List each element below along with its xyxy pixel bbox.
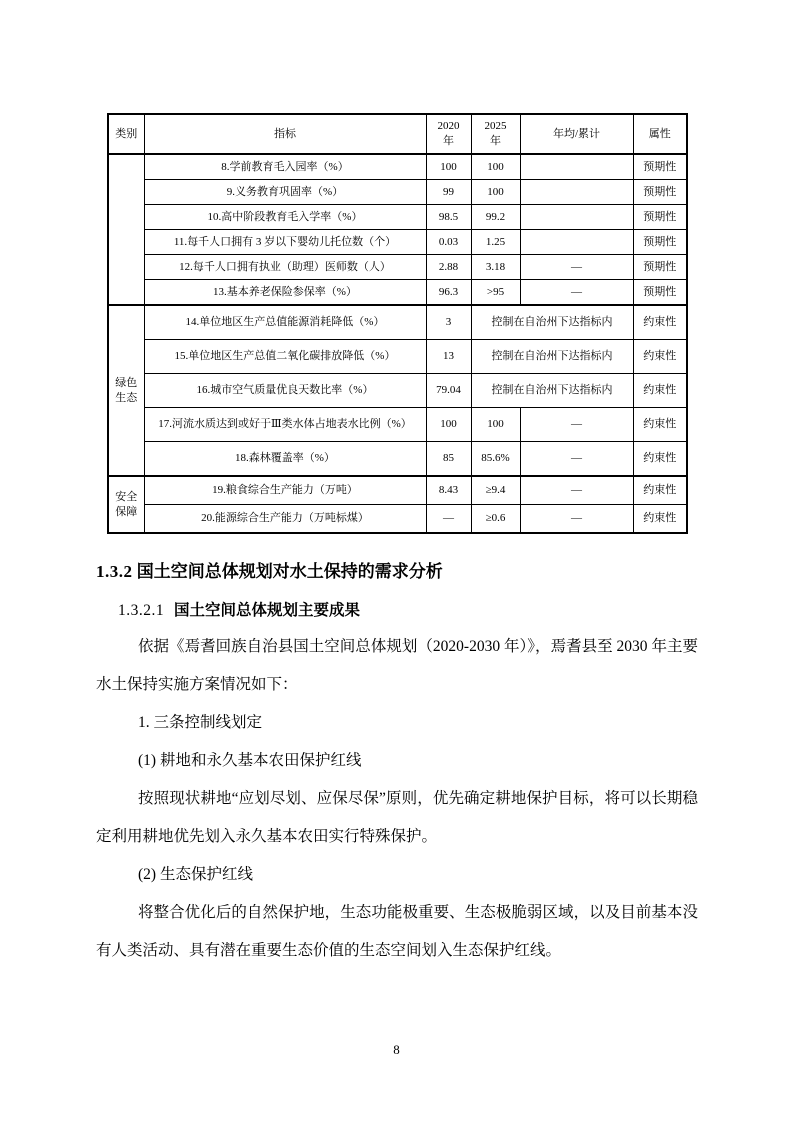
value-2020-cell: 0.03 (426, 230, 471, 255)
table-row: 20.能源综合生产能力（万吨标煤）—≥0.6—约束性 (108, 505, 687, 534)
value-2025-cell: 100 (471, 408, 520, 442)
paragraph: (1) 耕地和永久基本农田保护红线 (96, 742, 698, 780)
table-header-row: 类别 指标 2020 年 2025 年 年均/累计 属性 (108, 114, 687, 154)
col-header-category: 类别 (108, 114, 144, 154)
table-row: 11.每千人口拥有 3 岁以下婴幼儿托位数（个）0.031.25预期性 (108, 230, 687, 255)
table-row: 18.森林覆盖率（%）8585.6%—约束性 (108, 442, 687, 477)
category-cell: 绿色 生态 (108, 305, 144, 476)
avg-cumulative-cell: — (520, 476, 633, 505)
col-header-2025: 2025 年 (471, 114, 520, 154)
value-2025-cell: ≥9.4 (471, 476, 520, 505)
avg-cumulative-cell: — (520, 408, 633, 442)
table-row: 绿色 生态14.单位地区生产总值能源消耗降低（%）3控制在自治州下达指标内约束性 (108, 305, 687, 340)
value-2020-cell: 3 (426, 305, 471, 340)
col-header-indicator: 指标 (144, 114, 426, 154)
indicator-cell: 15.单位地区生产总值二氧化碳排放降低（%） (144, 340, 426, 374)
paragraph: 按照现状耕地“应划尽划、应保尽保”原则，优先确定耕地保护目标，将可以长期稳定利用… (96, 780, 698, 856)
section-heading: 1.3.2 国土空间总体规划对水土保持的需求分析 (96, 559, 698, 585)
indicator-cell: 10.高中阶段教育毛入学率（%） (144, 205, 426, 230)
subsection-heading-text: 国土空间总体规划主要成果 (174, 602, 360, 619)
section-heading-text: 国土空间总体规划对水土保持的需求分析 (137, 562, 443, 581)
value-2025-cell: >95 (471, 280, 520, 306)
attribute-cell: 约束性 (633, 305, 687, 340)
indicator-cell: 13.基本养老保险参保率（%） (144, 280, 426, 306)
indicator-cell: 8.学前教育毛入园率（%） (144, 154, 426, 180)
avg-cumulative-cell: — (520, 442, 633, 477)
category-cell (108, 154, 144, 305)
attribute-cell: 约束性 (633, 442, 687, 477)
table-row: 8.学前教育毛入园率（%）100100预期性 (108, 154, 687, 180)
indicator-cell: 11.每千人口拥有 3 岁以下婴幼儿托位数（个） (144, 230, 426, 255)
document-page: 类别 指标 2020 年 2025 年 年均/累计 属性 8.学前教育毛入园率（… (0, 0, 793, 1122)
table-row: 9.义务教育巩固率（%）99100预期性 (108, 180, 687, 205)
attribute-cell: 约束性 (633, 340, 687, 374)
indicators-table-body: 8.学前教育毛入园率（%）100100预期性9.义务教育巩固率（%）99100预… (108, 154, 687, 533)
indicator-cell: 18.森林覆盖率（%） (144, 442, 426, 477)
col-header-avg: 年均/累计 (520, 114, 633, 154)
col-header-2020: 2020 年 (426, 114, 471, 154)
indicator-cell: 9.义务教育巩固率（%） (144, 180, 426, 205)
indicator-cell: 20.能源综合生产能力（万吨标煤） (144, 505, 426, 534)
value-2025-cell: 85.6% (471, 442, 520, 477)
value-2020-cell: 8.43 (426, 476, 471, 505)
avg-cumulative-cell: — (520, 255, 633, 280)
attribute-cell: 预期性 (633, 280, 687, 306)
indicator-cell: 17.河流水质达到或好于Ⅲ类水体占地表水比例（%） (144, 408, 426, 442)
category-cell: 安全 保障 (108, 476, 144, 533)
attribute-cell: 预期性 (633, 205, 687, 230)
attribute-cell: 约束性 (633, 408, 687, 442)
table-row: 15.单位地区生产总值二氧化碳排放降低（%）13控制在自治州下达指标内约束性 (108, 340, 687, 374)
value-2020-cell: 79.04 (426, 374, 471, 408)
value-2020-cell: 96.3 (426, 280, 471, 306)
value-2025-cell: 100 (471, 180, 520, 205)
value-2020-cell: 100 (426, 408, 471, 442)
value-2020-cell: — (426, 505, 471, 534)
attribute-cell: 约束性 (633, 374, 687, 408)
table-row: 17.河流水质达到或好于Ⅲ类水体占地表水比例（%）100100—约束性 (108, 408, 687, 442)
paragraph: 依据《焉耆回族自治县国土空间总体规划（2020-2030 年）》，焉耆县至 20… (96, 628, 698, 704)
paragraph: 将整合优化后的自然保护地，生态功能极重要、生态极脆弱区域，以及目前基本没有人类活… (96, 894, 698, 970)
table-row: 10.高中阶段教育毛入学率（%）98.599.2预期性 (108, 205, 687, 230)
avg-cumulative-cell (520, 154, 633, 180)
value-2020-cell: 99 (426, 180, 471, 205)
merged-2025-avg-cell: 控制在自治州下达指标内 (471, 374, 633, 408)
table-row: 13.基本养老保险参保率（%）96.3>95—预期性 (108, 280, 687, 306)
table-row: 16.城市空气质量优良天数比率（%）79.04控制在自治州下达指标内约束性 (108, 374, 687, 408)
value-2025-cell: 99.2 (471, 205, 520, 230)
avg-cumulative-cell (520, 230, 633, 255)
value-2025-cell: 100 (471, 154, 520, 180)
value-2025-cell: ≥0.6 (471, 505, 520, 534)
merged-2025-avg-cell: 控制在自治州下达指标内 (471, 340, 633, 374)
page-content: 类别 指标 2020 年 2025 年 年均/累计 属性 8.学前教育毛入园率（… (0, 0, 793, 970)
subsection-heading-number: 1.3.2.1 (118, 602, 164, 619)
value-2020-cell: 13 (426, 340, 471, 374)
avg-cumulative-cell (520, 180, 633, 205)
value-2020-cell: 100 (426, 154, 471, 180)
body-text: 依据《焉耆回族自治县国土空间总体规划（2020-2030 年）》，焉耆县至 20… (96, 628, 698, 970)
value-2025-cell: 1.25 (471, 230, 520, 255)
col-header-attr: 属性 (633, 114, 687, 154)
indicator-cell: 12.每千人口拥有执业（助理）医师数（人） (144, 255, 426, 280)
indicator-cell: 16.城市空气质量优良天数比率（%） (144, 374, 426, 408)
attribute-cell: 约束性 (633, 505, 687, 534)
indicators-table: 类别 指标 2020 年 2025 年 年均/累计 属性 8.学前教育毛入园率（… (107, 113, 688, 534)
attribute-cell: 预期性 (633, 230, 687, 255)
avg-cumulative-cell: — (520, 280, 633, 306)
value-2020-cell: 85 (426, 442, 471, 477)
attribute-cell: 预期性 (633, 154, 687, 180)
attribute-cell: 约束性 (633, 476, 687, 505)
paragraph: 1. 三条控制线划定 (96, 704, 698, 742)
merged-2025-avg-cell: 控制在自治州下达指标内 (471, 305, 633, 340)
table-row: 12.每千人口拥有执业（助理）医师数（人）2.883.18—预期性 (108, 255, 687, 280)
indicator-cell: 14.单位地区生产总值能源消耗降低（%） (144, 305, 426, 340)
value-2020-cell: 98.5 (426, 205, 471, 230)
section-heading-number: 1.3.2 (96, 562, 133, 581)
subsection-heading: 1.3.2.1 国土空间总体规划主要成果 (118, 599, 698, 623)
avg-cumulative-cell: — (520, 505, 633, 534)
attribute-cell: 预期性 (633, 255, 687, 280)
value-2020-cell: 2.88 (426, 255, 471, 280)
page-number: 8 (0, 1042, 793, 1058)
attribute-cell: 预期性 (633, 180, 687, 205)
table-row: 安全 保障19.粮食综合生产能力（万吨）8.43≥9.4—约束性 (108, 476, 687, 505)
indicator-cell: 19.粮食综合生产能力（万吨） (144, 476, 426, 505)
value-2025-cell: 3.18 (471, 255, 520, 280)
avg-cumulative-cell (520, 205, 633, 230)
paragraph: (2) 生态保护红线 (96, 856, 698, 894)
